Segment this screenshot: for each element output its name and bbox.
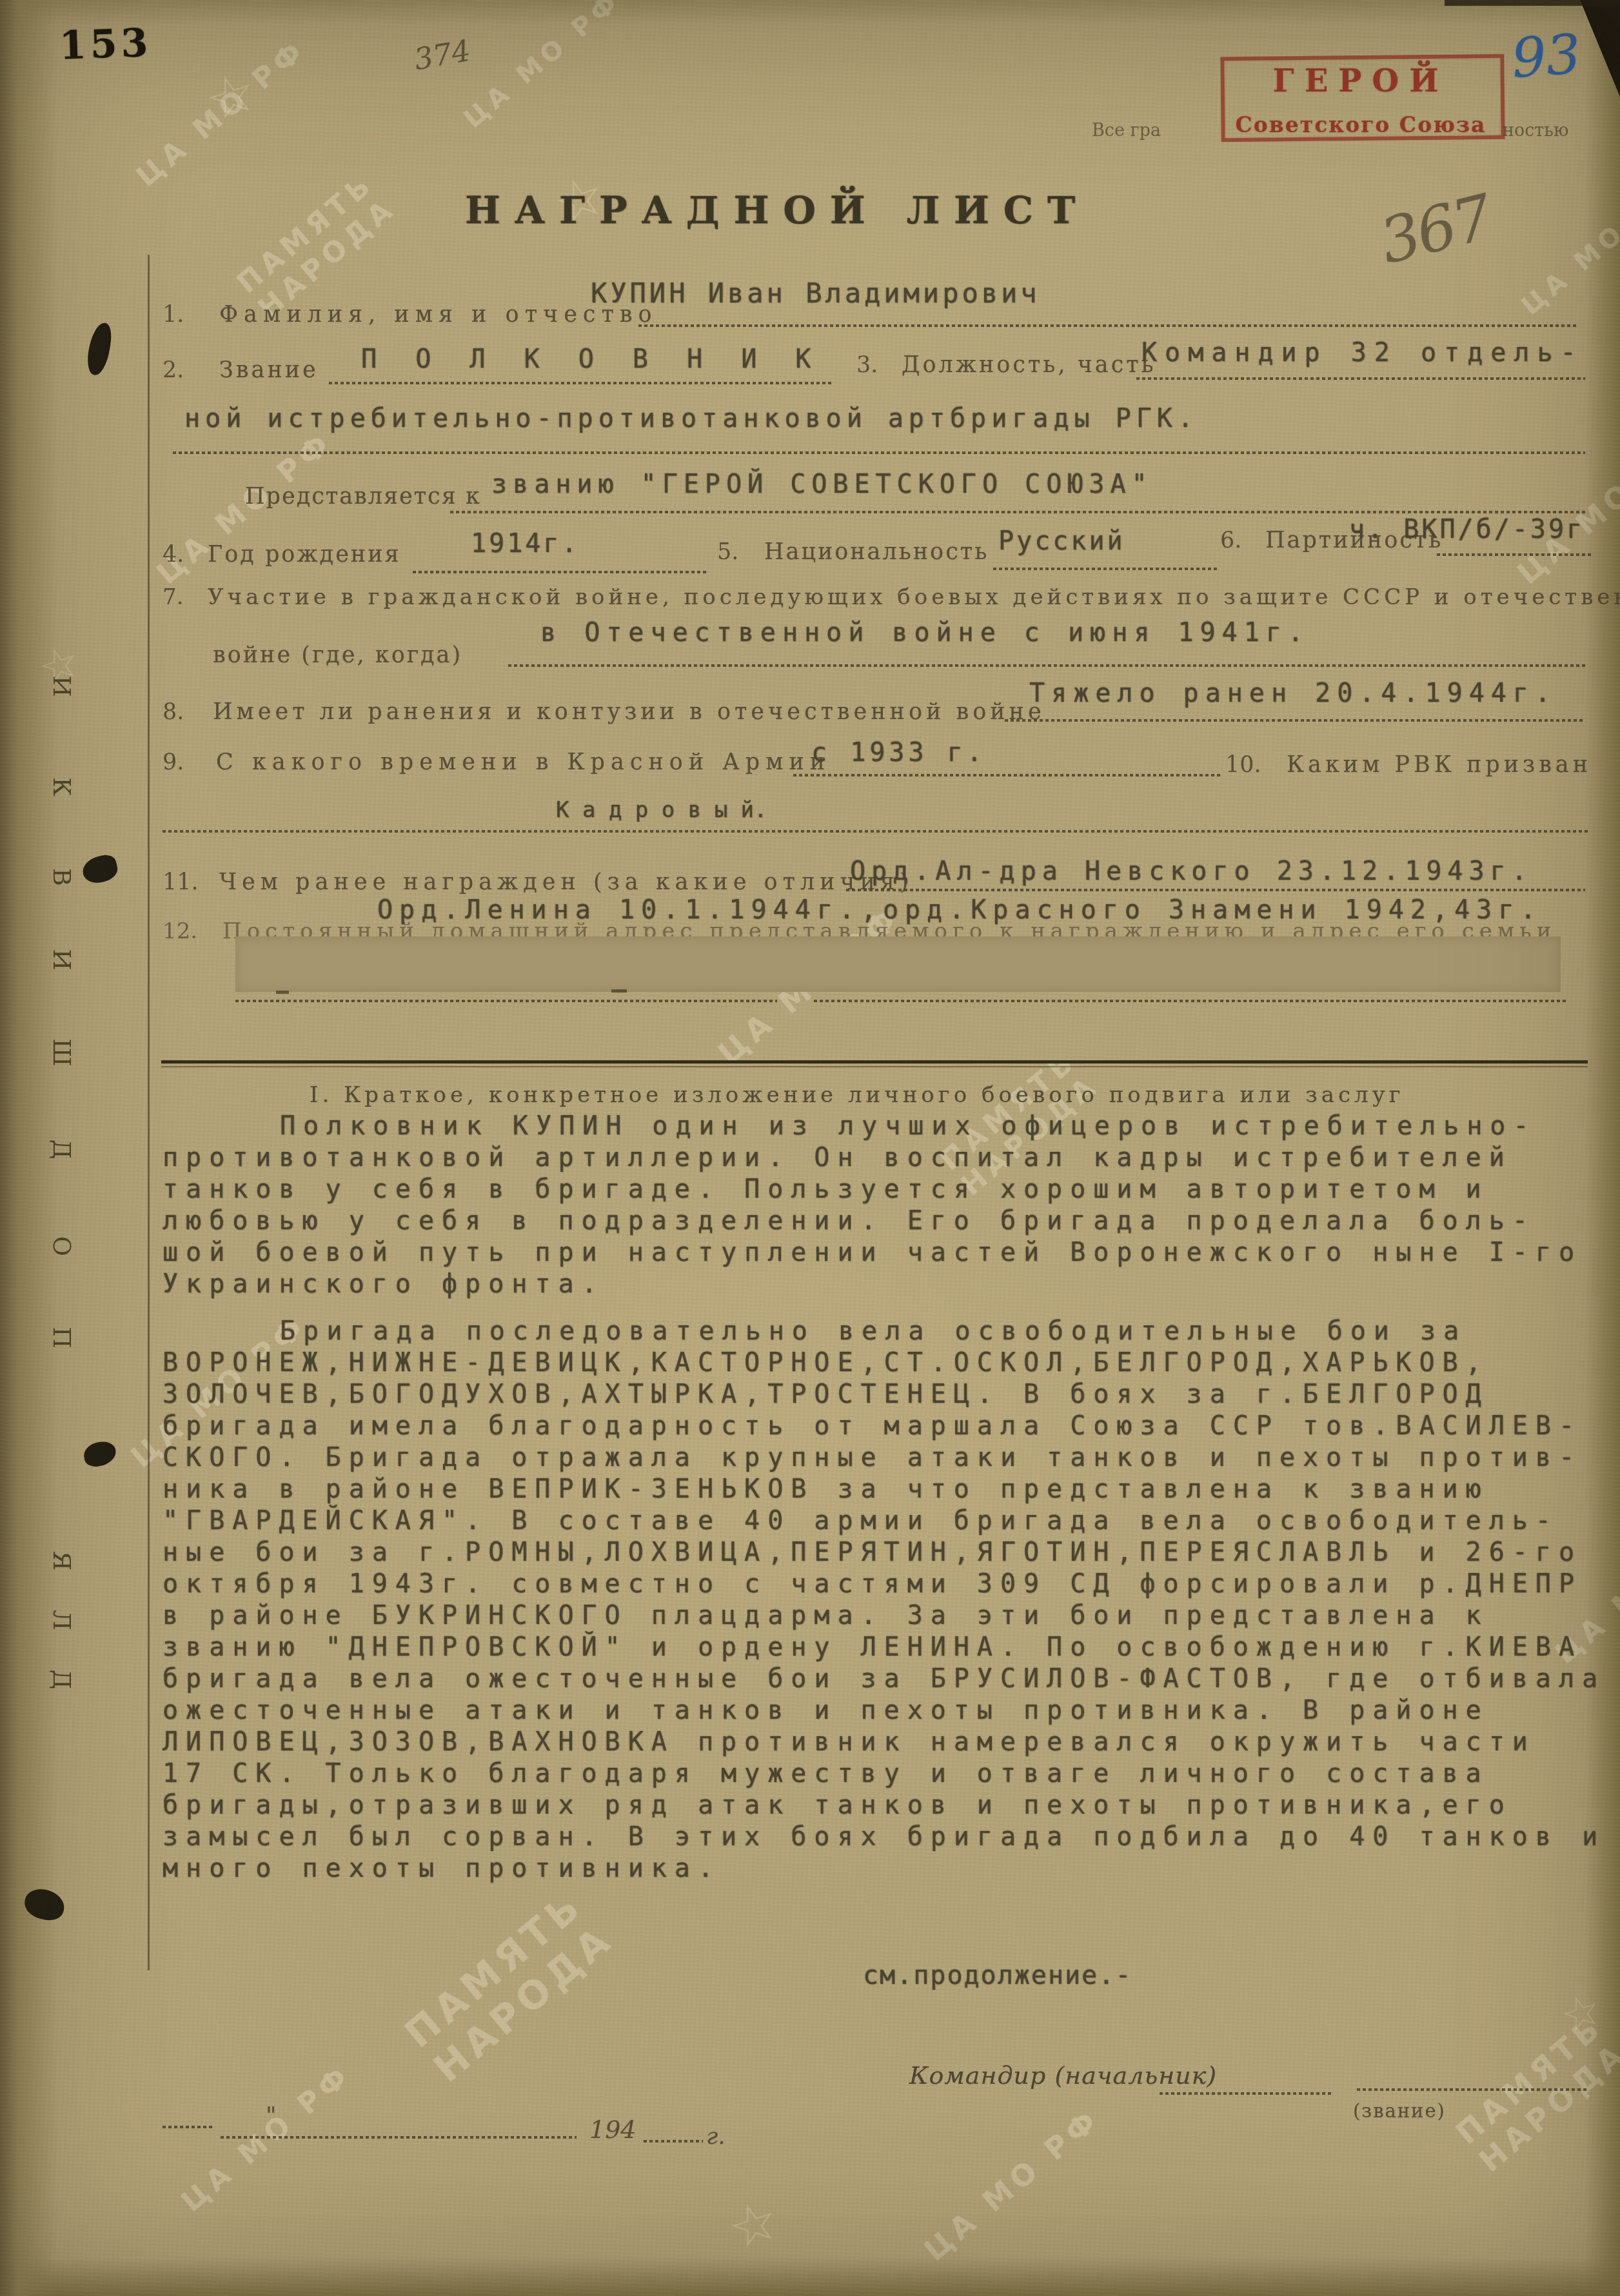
award-sheet-scan: ЦА МО РФ ЦА МО РФ ☆ ПАМЯТЬ НАРОДА ☆ ЦА М… — [0, 0, 1620, 2296]
binding-margin-letter: И — [48, 945, 76, 974]
watermark-memory: ПАМЯТЬ НАРОДА — [1449, 2008, 1620, 2180]
field-prior-awards-value-1: Орд.Ал-дра Невского 23.12.1943г. — [850, 856, 1533, 886]
field-position-label: Должность, часть — [902, 352, 1156, 378]
field-number: 4. — [163, 542, 184, 568]
field-surname-label: Фамилия, имя и отчество — [219, 302, 658, 328]
binding-margin-letter: О — [48, 1232, 76, 1260]
field-service-since-label: С какого времени в Красной Армии — [216, 749, 831, 775]
field-wounds-label: Имеет ли ранения и контузии в отечествен… — [213, 699, 1045, 725]
field-war-participation-value: в Отечественной войне с июня 1941г. — [540, 618, 1310, 648]
field-rvk-value: К а д р о в ы й. — [556, 797, 767, 823]
field-surname-value: КУПИН Иван Владимирович — [591, 277, 1040, 309]
continuation-note: см.продолжение.- — [863, 1961, 1132, 1990]
field-number: 5. — [717, 539, 738, 565]
watermark-archive: ЦА МО РФ — [1510, 424, 1620, 591]
watermark-archive: ЦА МО РФ — [130, 33, 313, 193]
ink-blot — [80, 853, 120, 886]
field-number: 3. — [856, 352, 878, 378]
dotted-line — [638, 324, 1577, 327]
field-rank-label: Звание — [219, 357, 319, 383]
watermark-memory: ПАМЯТЬ НАРОДА — [397, 1881, 622, 2091]
field-number: 1. — [163, 302, 184, 328]
date-year-suffix: г. — [706, 2123, 726, 2150]
field-prior-awards-label: Чем ранее награжден (за какие отличия) — [219, 869, 914, 895]
field-wounds-value: Тяжело ранен 20.4.1944г. — [1029, 678, 1557, 708]
field-number: 8. — [163, 699, 184, 725]
field-party-label: Партийность — [1265, 528, 1443, 553]
binding-margin-letter: Ш — [48, 1038, 76, 1067]
field-number: 12. — [163, 918, 197, 944]
binding-margin-letter: Д — [48, 1665, 76, 1694]
form-caption-fragment: Все гра — [1092, 121, 1161, 141]
dash-mark — [276, 991, 289, 994]
dotted-line — [846, 889, 1585, 891]
dotted-line — [413, 571, 708, 573]
field-service-since-value: с 1933 г. — [811, 738, 986, 767]
field-birthyear-value: 1914г. — [471, 529, 580, 559]
binding-margin-letter: Д — [48, 1135, 76, 1163]
ink-blot — [83, 1440, 118, 1469]
watermark-archive: ЦА МО РФ — [917, 2101, 1107, 2268]
ink-blot — [22, 1886, 67, 1923]
star-watermark-icon: ☆ — [197, 59, 264, 135]
binding-margin-letter: Я — [48, 1547, 76, 1575]
binding-margin-letter: И — [48, 672, 76, 700]
section-divider-echo — [161, 1066, 1588, 1067]
field-represented-label: Представляется к — [245, 484, 481, 510]
dotted-line — [329, 382, 833, 384]
field-rank-value: П О Л К О В Н И К — [361, 344, 822, 374]
dotted-line — [235, 1000, 777, 1002]
field-war-participation-label-2: войне (где, когда) — [213, 642, 462, 668]
watermark-archive: ЦА МО РФ — [459, 0, 627, 134]
field-number: 9. — [163, 749, 184, 775]
dash-mark — [611, 989, 627, 993]
field-position-value: Командир 32 отдель- — [1141, 338, 1584, 368]
field-rvk-label: Каким РВК призван — [1287, 752, 1592, 778]
dotted-line — [1005, 719, 1585, 722]
field-position-value-continued: ной истребительно-противотанковой артбри… — [184, 404, 1198, 433]
page-title: НАГРАДНОЙ ЛИСТ — [465, 188, 1089, 232]
hero-stamp-line2: Советского Союза — [1219, 112, 1503, 137]
pencil-number: 374 — [411, 33, 473, 77]
field-nationality-value: Русский — [998, 526, 1125, 556]
dotted-line — [1136, 377, 1585, 380]
binding-margin-letter: К — [48, 773, 76, 801]
date-year-prefix: 194 — [589, 2115, 637, 2144]
field-number: 7. — [163, 584, 183, 610]
watermark-archive: ЦА МО РФ — [1516, 173, 1620, 321]
feat-section-heading: I. Краткое, конкретное изложение личного… — [310, 1082, 1404, 1108]
blue-page-number: 93 — [1510, 22, 1583, 90]
section-divider — [161, 1060, 1588, 1064]
field-number: 10. — [1225, 752, 1261, 778]
binding-margin-letter: П — [48, 1323, 76, 1352]
scan-edge-top — [1445, 0, 1620, 6]
binding-margin-rule — [148, 255, 150, 1970]
feat-paragraph-1: Полковник КУПИН один из лучших офицеров … — [163, 1111, 1614, 1300]
rank-caption: (звание) — [1353, 2100, 1446, 2122]
binding-margin-letter: В — [48, 863, 76, 891]
date-line — [221, 2136, 577, 2139]
field-number: 6. — [1220, 528, 1241, 553]
pencil-scribble: 367 — [1373, 181, 1497, 278]
ink-blot — [85, 321, 114, 377]
form-caption-fragment: ностью — [1503, 121, 1569, 141]
star-watermark-icon: ☆ — [720, 2187, 787, 2264]
dotted-line — [1437, 553, 1592, 556]
dotted-line — [814, 1000, 1568, 1002]
commander-signature-label: Командир (начальник) — [909, 2061, 1217, 2090]
dotted-line — [163, 830, 1588, 833]
binding-margin-letter: Л — [48, 1606, 76, 1634]
field-war-participation-label-1: Участие в гражданской войне, последующих… — [208, 584, 1620, 610]
date-line — [163, 2126, 213, 2128]
signature-line — [1160, 2092, 1331, 2095]
field-represented-value: званию "ГЕРОЙ СОВЕТСКОГО СОЮЗА" — [491, 470, 1153, 499]
field-number: 2. — [163, 357, 184, 383]
feat-paragraph-2: Бригада последовательно вела освободител… — [163, 1316, 1620, 1885]
dotted-line — [993, 568, 1218, 570]
date-quote-mark: " — [266, 2103, 277, 2129]
dotted-line — [173, 451, 1585, 454]
archive-page-number: 153 — [59, 21, 153, 69]
dotted-line — [450, 511, 1585, 513]
hero-stamp-line1: ГЕРОЙ — [1232, 63, 1490, 99]
signature-line — [1357, 2088, 1588, 2091]
date-line — [644, 2140, 703, 2143]
field-birthyear-label: Год рождения — [208, 542, 401, 568]
field-nationality-label: Национальность — [764, 539, 989, 565]
field-number: 11. — [163, 869, 199, 895]
dotted-line — [508, 664, 1585, 667]
redaction-box — [235, 936, 1561, 992]
dotted-line — [793, 774, 1220, 777]
